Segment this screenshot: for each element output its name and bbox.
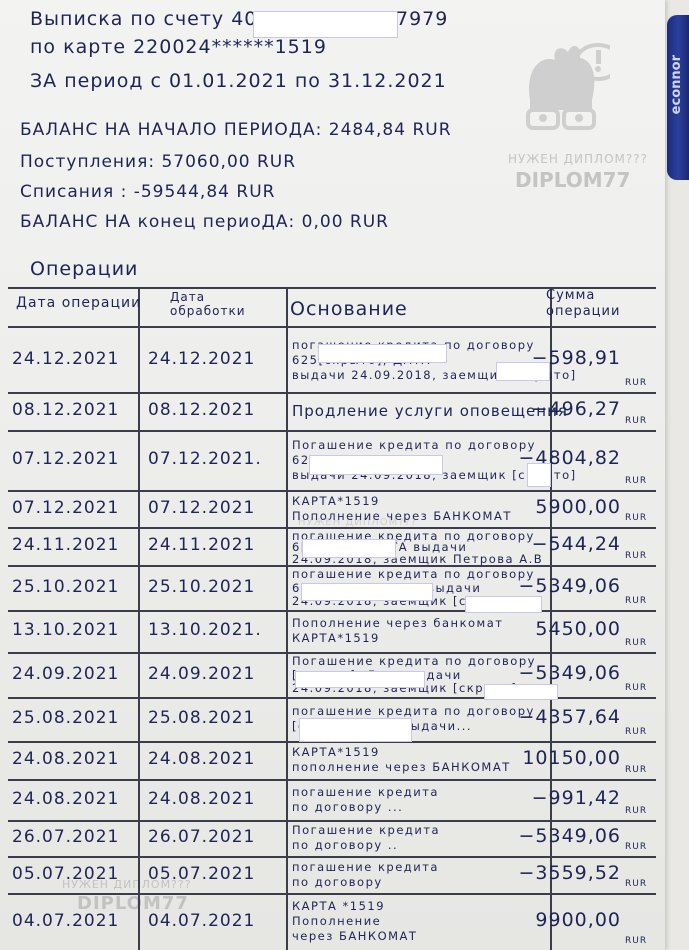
processing-date: 13.10.2021. [148, 620, 262, 640]
operation-amount: −4357,64 [519, 706, 622, 728]
operation-date: 24.08.2021 [12, 749, 119, 769]
pen: econnor [667, 15, 689, 180]
description-line: по договору [292, 875, 383, 889]
processing-date: 25.10.2021 [148, 577, 255, 597]
table-rule [8, 430, 656, 432]
operation-date: 05.07.2021 [12, 864, 119, 884]
opening-balance: БАЛАНС НА НАЧАЛО ПЕРИОДА: 2484,84 RUR [20, 120, 452, 140]
redacted-field [484, 684, 558, 700]
card-line: по карте 220024******1519 [30, 36, 327, 58]
redacted-field [496, 362, 550, 381]
operation-date: 08.12.2021 [12, 400, 119, 420]
description-line: КАРТА*1519 [292, 494, 380, 508]
currency-label: RUR [625, 842, 647, 852]
operation-date: 24.08.2021 [12, 789, 119, 809]
table-rule [8, 893, 656, 895]
currency-label: RUR [625, 378, 647, 388]
account-suffix: 7979 [396, 8, 448, 30]
description-line: через БАНКОМАТ [292, 929, 417, 943]
description-line: КАРТА *1519 [292, 899, 385, 913]
description-line: Погашение кредита [292, 823, 440, 837]
operation-amount: 10150,00 [522, 747, 621, 769]
table-rule [8, 697, 656, 699]
table-rule [8, 610, 656, 612]
description-line: Пополнение через БАНКОМАТ [292, 509, 512, 523]
operation-date: 07.12.2021 [12, 498, 119, 518]
closing-balance: БАЛАНС НА конец периоДА: 0,00 RUR [20, 212, 389, 232]
currency-label: RUR [625, 879, 647, 889]
table-rule [8, 326, 656, 328]
processing-date: 24.11.2021 [148, 535, 255, 555]
period-line: ЗА период с 01.01.2021 по 31.12.2021 [30, 70, 447, 92]
description-line: КАРТА*1519 [292, 745, 380, 759]
statement-paper: Выписка по счету 408 7979 по карте 22002… [0, 0, 665, 950]
operation-amount: −5349,06 [519, 662, 622, 684]
operation-date: 24.11.2021 [12, 535, 119, 555]
table-column-rule [138, 287, 140, 950]
description-line: по договору ... [292, 800, 403, 814]
operation-amount: −5349,06 [519, 825, 622, 847]
operations-title: Операции [30, 258, 138, 280]
processing-date: 08.12.2021 [148, 400, 255, 420]
redacted-account-number [253, 11, 398, 38]
account-prefix: Выписка по счету 408 [30, 8, 270, 30]
operation-date: 24.09.2021 [12, 664, 119, 684]
table-rule [8, 779, 656, 781]
redacted-field [299, 718, 412, 742]
table-rule [8, 490, 656, 492]
operation-date: 24.12.2021 [12, 349, 119, 369]
operation-date: 04.07.2021 [12, 911, 119, 931]
currency-label: RUR [625, 765, 647, 775]
watermark-tagline: НУЖЕН ДИПЛОМ??? [508, 152, 648, 166]
column-header-proc-date: Дата обработки [170, 290, 265, 318]
operation-amount: −496,27 [532, 398, 621, 420]
processing-date: 04.07.2021 [148, 911, 255, 931]
redacted-field [301, 583, 433, 601]
processing-date: 24.12.2021 [148, 349, 255, 369]
currency-label: RUR [625, 596, 647, 606]
description-line: по договору .. [292, 838, 398, 852]
description-line: погашение кредита [292, 785, 439, 799]
currency-label: RUR [625, 936, 647, 946]
operation-date: 25.08.2021 [12, 708, 119, 728]
redacted-field [465, 596, 542, 613]
description-line: Пополнение [292, 914, 381, 928]
operation-amount: −3559,52 [519, 862, 622, 884]
currency-label: RUR [625, 476, 647, 486]
description-line: Погашение кредита по договору [292, 654, 536, 668]
watermark-logo-icon [520, 40, 610, 150]
currency-label: RUR [625, 683, 647, 693]
description-line: Продление услуги оповещения [292, 402, 568, 420]
table-rule [8, 392, 656, 394]
description-line: погашение кредита по договору [292, 567, 535, 581]
operation-amount: −991,42 [532, 787, 621, 809]
processing-date: 05.07.2021 [148, 864, 255, 884]
currency-label: RUR [625, 416, 647, 426]
operation-date: 13.10.2021 [12, 620, 119, 640]
operation-amount: −5349,06 [519, 575, 622, 597]
operation-amount: 5900,00 [535, 496, 621, 518]
redacted-field [527, 463, 551, 487]
processing-date: 25.08.2021 [148, 708, 255, 728]
processing-date: 24.08.2021 [148, 789, 255, 809]
description-line: пополнение через БАНКОМАТ [292, 760, 511, 774]
expenses-total: Списания : -59544,84 RUR [20, 182, 275, 202]
description-line: погашение кредита по договору [292, 704, 535, 718]
column-header-op-date: Дата операции [16, 295, 141, 311]
description-line: КАРТА*1519 [292, 631, 380, 645]
operation-date: 26.07.2021 [12, 827, 119, 847]
column-header-amount: Сумма операции [546, 288, 656, 320]
currency-label: RUR [625, 638, 647, 648]
processing-date: 24.08.2021 [148, 749, 255, 769]
redacted-field [309, 455, 443, 475]
currency-label: RUR [625, 551, 647, 561]
operation-amount: 5450,00 [535, 618, 621, 640]
account-line: Выписка по счету 408 [30, 8, 270, 30]
redacted-field [295, 671, 425, 688]
table-rule [8, 820, 656, 822]
column-header-description: Основание [290, 298, 408, 320]
description-line: Погашение кредита по договору [292, 438, 536, 452]
table-column-rule [286, 287, 288, 950]
redacted-field [302, 539, 396, 558]
table-rule [8, 856, 656, 858]
operation-amount: −544,24 [532, 533, 621, 555]
currency-label: RUR [625, 727, 647, 737]
currency-label: RUR [625, 513, 647, 523]
processing-date: 24.09.2021 [148, 664, 255, 684]
operation-date: 25.10.2021 [12, 577, 119, 597]
income-total: Поступления: 57060,00 RUR [20, 152, 296, 172]
operation-amount: 9900,00 [535, 909, 621, 931]
watermark-brand: DIPLOM77 [515, 168, 630, 192]
currency-label: RUR [625, 806, 647, 816]
description-line: Пополнение через банкомат [292, 616, 503, 630]
operation-date: 07.12.2021 [12, 449, 119, 469]
processing-date: 26.07.2021 [148, 827, 255, 847]
processing-date: 07.12.2021 [148, 498, 255, 518]
redacted-field [318, 344, 447, 363]
pen-label: econnor [669, 55, 687, 114]
processing-date: 07.12.2021. [148, 449, 262, 469]
description-line: погашение кредита [292, 860, 439, 874]
